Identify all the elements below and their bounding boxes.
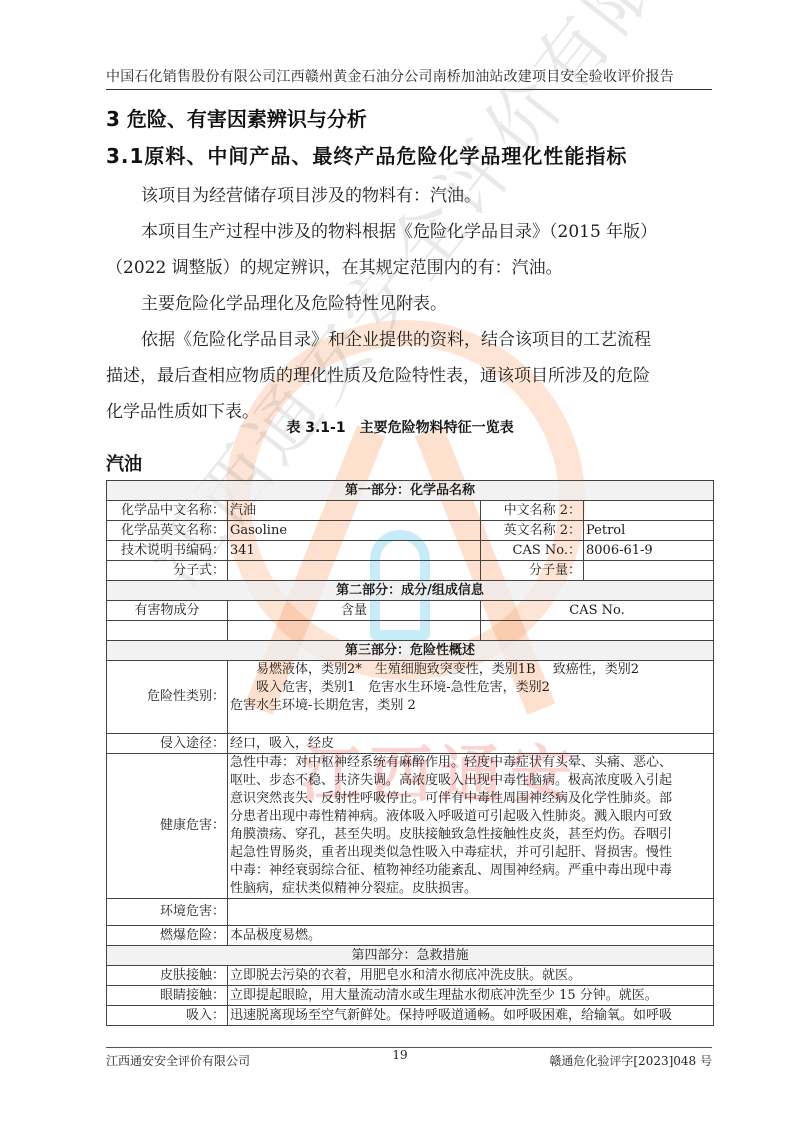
cn-name-label: 化学品中文名称： bbox=[107, 501, 228, 521]
col-component-header: 有害物成分 bbox=[107, 601, 228, 621]
table-row: 眼睛接触： 立即提起眼睑，用大量流动清水或生理盐水彻底冲洗至少 15 分钟。就医… bbox=[107, 986, 714, 1006]
health-value: 急性中毒：对中枢神经系统有麻醉作用。轻度中毒症状有头晕、头痛、恶心、 呕吐、步态… bbox=[228, 754, 714, 899]
formula-label: 分子式： bbox=[107, 561, 228, 581]
content-cell bbox=[228, 621, 481, 641]
hazard-class-line: 易燃液体，类别2* 生殖细胞致突变性，类别1B 致癌性，类别2 bbox=[230, 661, 711, 679]
msds-table: 第一部分：化学品名称 化学品中文名称： 汽油 中文名称 2： 化学品英文名称： … bbox=[106, 480, 714, 1026]
table-row: 吸入： 迅速脱离现场至空气新鲜处。保持呼吸道通畅。如呼吸困难，给输氧。如呼吸 bbox=[107, 1006, 714, 1026]
cas-value: 8006-61-9 bbox=[584, 541, 714, 561]
page-header-title: 中国石化销售股份有限公司江西赣州黄金石油分公司南桥加油站改建项目安全验收评价报告 bbox=[106, 66, 712, 86]
health-line: 急性中毒：对中枢神经系统有麻醉作用。轻度中毒症状有头晕、头痛、恶心、 bbox=[230, 754, 711, 772]
table-row: 侵入途径： 经口，吸入，经皮 bbox=[107, 734, 714, 754]
part3-header-row: 第三部分：危险性概述 bbox=[107, 641, 714, 661]
paragraph-text: 依据《危险化学品目录》和企业提供的资料，结合该项目的工艺流程 bbox=[141, 330, 651, 350]
hazard-class-line: 危害水生环境-长期危害，类别 2 bbox=[230, 697, 711, 715]
inhale-label: 吸入： bbox=[107, 1006, 228, 1026]
material-title: 汽油 bbox=[106, 450, 142, 476]
skin-label: 皮肤接触： bbox=[107, 966, 228, 986]
paragraph-text: 该项目为经营储存项目涉及的物料有：汽油。 bbox=[141, 186, 481, 206]
table-row: 化学品中文名称： 汽油 中文名称 2： bbox=[107, 501, 714, 521]
paragraph-3: 主要危险化学品理化及危险特性见附表。 bbox=[106, 286, 712, 322]
table-row bbox=[107, 621, 714, 641]
subsection-heading: 3.1原料、中间产品、最终产品危险化学品理化性能指标 bbox=[106, 140, 627, 169]
mw-label: 分子量： bbox=[481, 561, 584, 581]
health-line: 分患者出现中毒性精神病。液体吸入呼吸道可引起吸入性肺炎。溅入眼内可致 bbox=[230, 808, 711, 826]
paragraph-2-cont: （2022 调整版）的规定辨识，在其规定范围内的有：汽油。 bbox=[106, 250, 712, 286]
fire-label: 燃爆危险： bbox=[107, 926, 228, 946]
paragraph-4: 依据《危险化学品目录》和企业提供的资料，结合该项目的工艺流程 bbox=[106, 322, 712, 358]
health-label: 健康危害： bbox=[107, 754, 228, 899]
header-divider bbox=[106, 89, 712, 90]
footer-doc-number: 赣通危化验评字[2023]048 号 bbox=[549, 1052, 712, 1069]
hazard-class-label: 危险性类别： bbox=[107, 661, 228, 734]
eye-label: 眼睛接触： bbox=[107, 986, 228, 1006]
paragraph-1: 该项目为经营储存项目涉及的物料有：汽油。 bbox=[106, 178, 712, 214]
part2-header-row: 第二部分：成分/组成信息 bbox=[107, 581, 714, 601]
env-label: 环境危害： bbox=[107, 899, 228, 926]
en-name2-value: Petrol bbox=[584, 521, 714, 541]
route-label: 侵入途径： bbox=[107, 734, 228, 754]
cas-cell bbox=[481, 621, 714, 641]
cn-name-value: 汽油 bbox=[228, 501, 481, 521]
hazard-class-line: 吸入危害，类别1 危害水生环境-急性危害，类别2 bbox=[230, 679, 711, 697]
formula-value bbox=[228, 561, 481, 581]
table-row: 分子式： 分子量： bbox=[107, 561, 714, 581]
table-row: 危险性类别： 易燃液体，类别2* 生殖细胞致突变性，类别1B 致癌性，类别2 吸… bbox=[107, 661, 714, 734]
health-line: 呕吐、步态不稳、共济失调。高浓度吸入出现中毒性脑病。极高浓度吸入引起 bbox=[230, 772, 711, 790]
section-heading: 3 危险、有害因素辨识与分析 bbox=[106, 103, 367, 132]
env-value bbox=[228, 899, 714, 926]
paragraph-text: 本项目生产过程中涉及的物料根据《危险化学品目录》（2015 年版） bbox=[141, 222, 657, 242]
table-row: 健康危害： 急性中毒：对中枢神经系统有麻醉作用。轻度中毒症状有头晕、头痛、恶心、… bbox=[107, 754, 714, 899]
fire-value: 本品极度易燃。 bbox=[228, 926, 714, 946]
paragraph-text: 主要危险化学品理化及危险特性见附表。 bbox=[141, 294, 447, 314]
table-row: 皮肤接触： 立即脱去污染的衣着，用肥皂水和清水彻底冲洗皮肤。就医。 bbox=[107, 966, 714, 986]
table-row: 燃爆危险： 本品极度易燃。 bbox=[107, 926, 714, 946]
health-line: 性脑病，症状类似精神分裂症。皮肤损害。 bbox=[230, 880, 711, 898]
cn-name2-value bbox=[584, 501, 714, 521]
part3-title: 第三部分：危险性概述 bbox=[107, 641, 714, 661]
table-row: 环境危害： bbox=[107, 899, 714, 926]
route-value: 经口，吸入，经皮 bbox=[228, 734, 714, 754]
health-line: 中毒：神经衰弱综合征、植物神经功能紊乱、周围神经病。严重中毒出现中毒 bbox=[230, 862, 711, 880]
table-header-row: 有害物成分 含量 CAS No. bbox=[107, 601, 714, 621]
paragraph-2: 本项目生产过程中涉及的物料根据《危险化学品目录》（2015 年版） bbox=[106, 214, 712, 250]
tech-code-label: 技术说明书编码： bbox=[107, 541, 228, 561]
cn-name2-label: 中文名称 2： bbox=[481, 501, 584, 521]
en-name-value: Gasoline bbox=[228, 521, 481, 541]
part1-title: 第一部分：化学品名称 bbox=[107, 481, 714, 501]
part2-title: 第二部分：成分/组成信息 bbox=[107, 581, 714, 601]
health-line: 意识突然丧失、反射性呼吸停止。可伴有中毒性周围神经病及化学性肺炎。部 bbox=[230, 790, 711, 808]
cas-label: CAS No.： bbox=[481, 541, 584, 561]
en-name-label: 化学品英文名称： bbox=[107, 521, 228, 541]
col-content-header: 含量 bbox=[228, 601, 481, 621]
en-name2-label: 英文名称 2： bbox=[481, 521, 584, 541]
table-caption: 表 3.1-1 主要危险物料特征一览表 bbox=[0, 417, 800, 437]
component-cell bbox=[107, 621, 228, 641]
health-line: 起急性胃肠炎，重者出现类似急性吸入中毒症状，并可引起肝、肾损害。慢性 bbox=[230, 844, 711, 862]
tech-code-value: 341 bbox=[228, 541, 481, 561]
eye-value: 立即提起眼睑，用大量流动清水或生理盐水彻底冲洗至少 15 分钟。就医。 bbox=[228, 986, 714, 1006]
skin-value: 立即脱去污染的衣着，用肥皂水和清水彻底冲洗皮肤。就医。 bbox=[228, 966, 714, 986]
health-line: 角膜溃疡、穿孔，甚至失明。皮肤接触致急性接触性皮炎，甚至灼伤。吞咽引 bbox=[230, 826, 711, 844]
inhale-value: 迅速脱离现场至空气新鲜处。保持呼吸道通畅。如呼吸困难，给输氧。如呼吸 bbox=[228, 1006, 714, 1026]
mw-value bbox=[584, 561, 714, 581]
hazard-class-value: 易燃液体，类别2* 生殖细胞致突变性，类别1B 致癌性，类别2 吸入危害，类别1… bbox=[228, 661, 714, 734]
part4-header-row: 第四部分：急救措施 bbox=[107, 946, 714, 966]
part1-header-row: 第一部分：化学品名称 bbox=[107, 481, 714, 501]
table-row: 技术说明书编码： 341 CAS No.： 8006-61-9 bbox=[107, 541, 714, 561]
part4-title: 第四部分：急救措施 bbox=[107, 946, 714, 966]
col-cas-header: CAS No. bbox=[481, 601, 714, 621]
paragraph-4-cont: 描述，最后查相应物质的理化性质及危险特性表，通该项目所涉及的危险 bbox=[106, 358, 712, 394]
table-row: 化学品英文名称： Gasoline 英文名称 2： Petrol bbox=[107, 521, 714, 541]
